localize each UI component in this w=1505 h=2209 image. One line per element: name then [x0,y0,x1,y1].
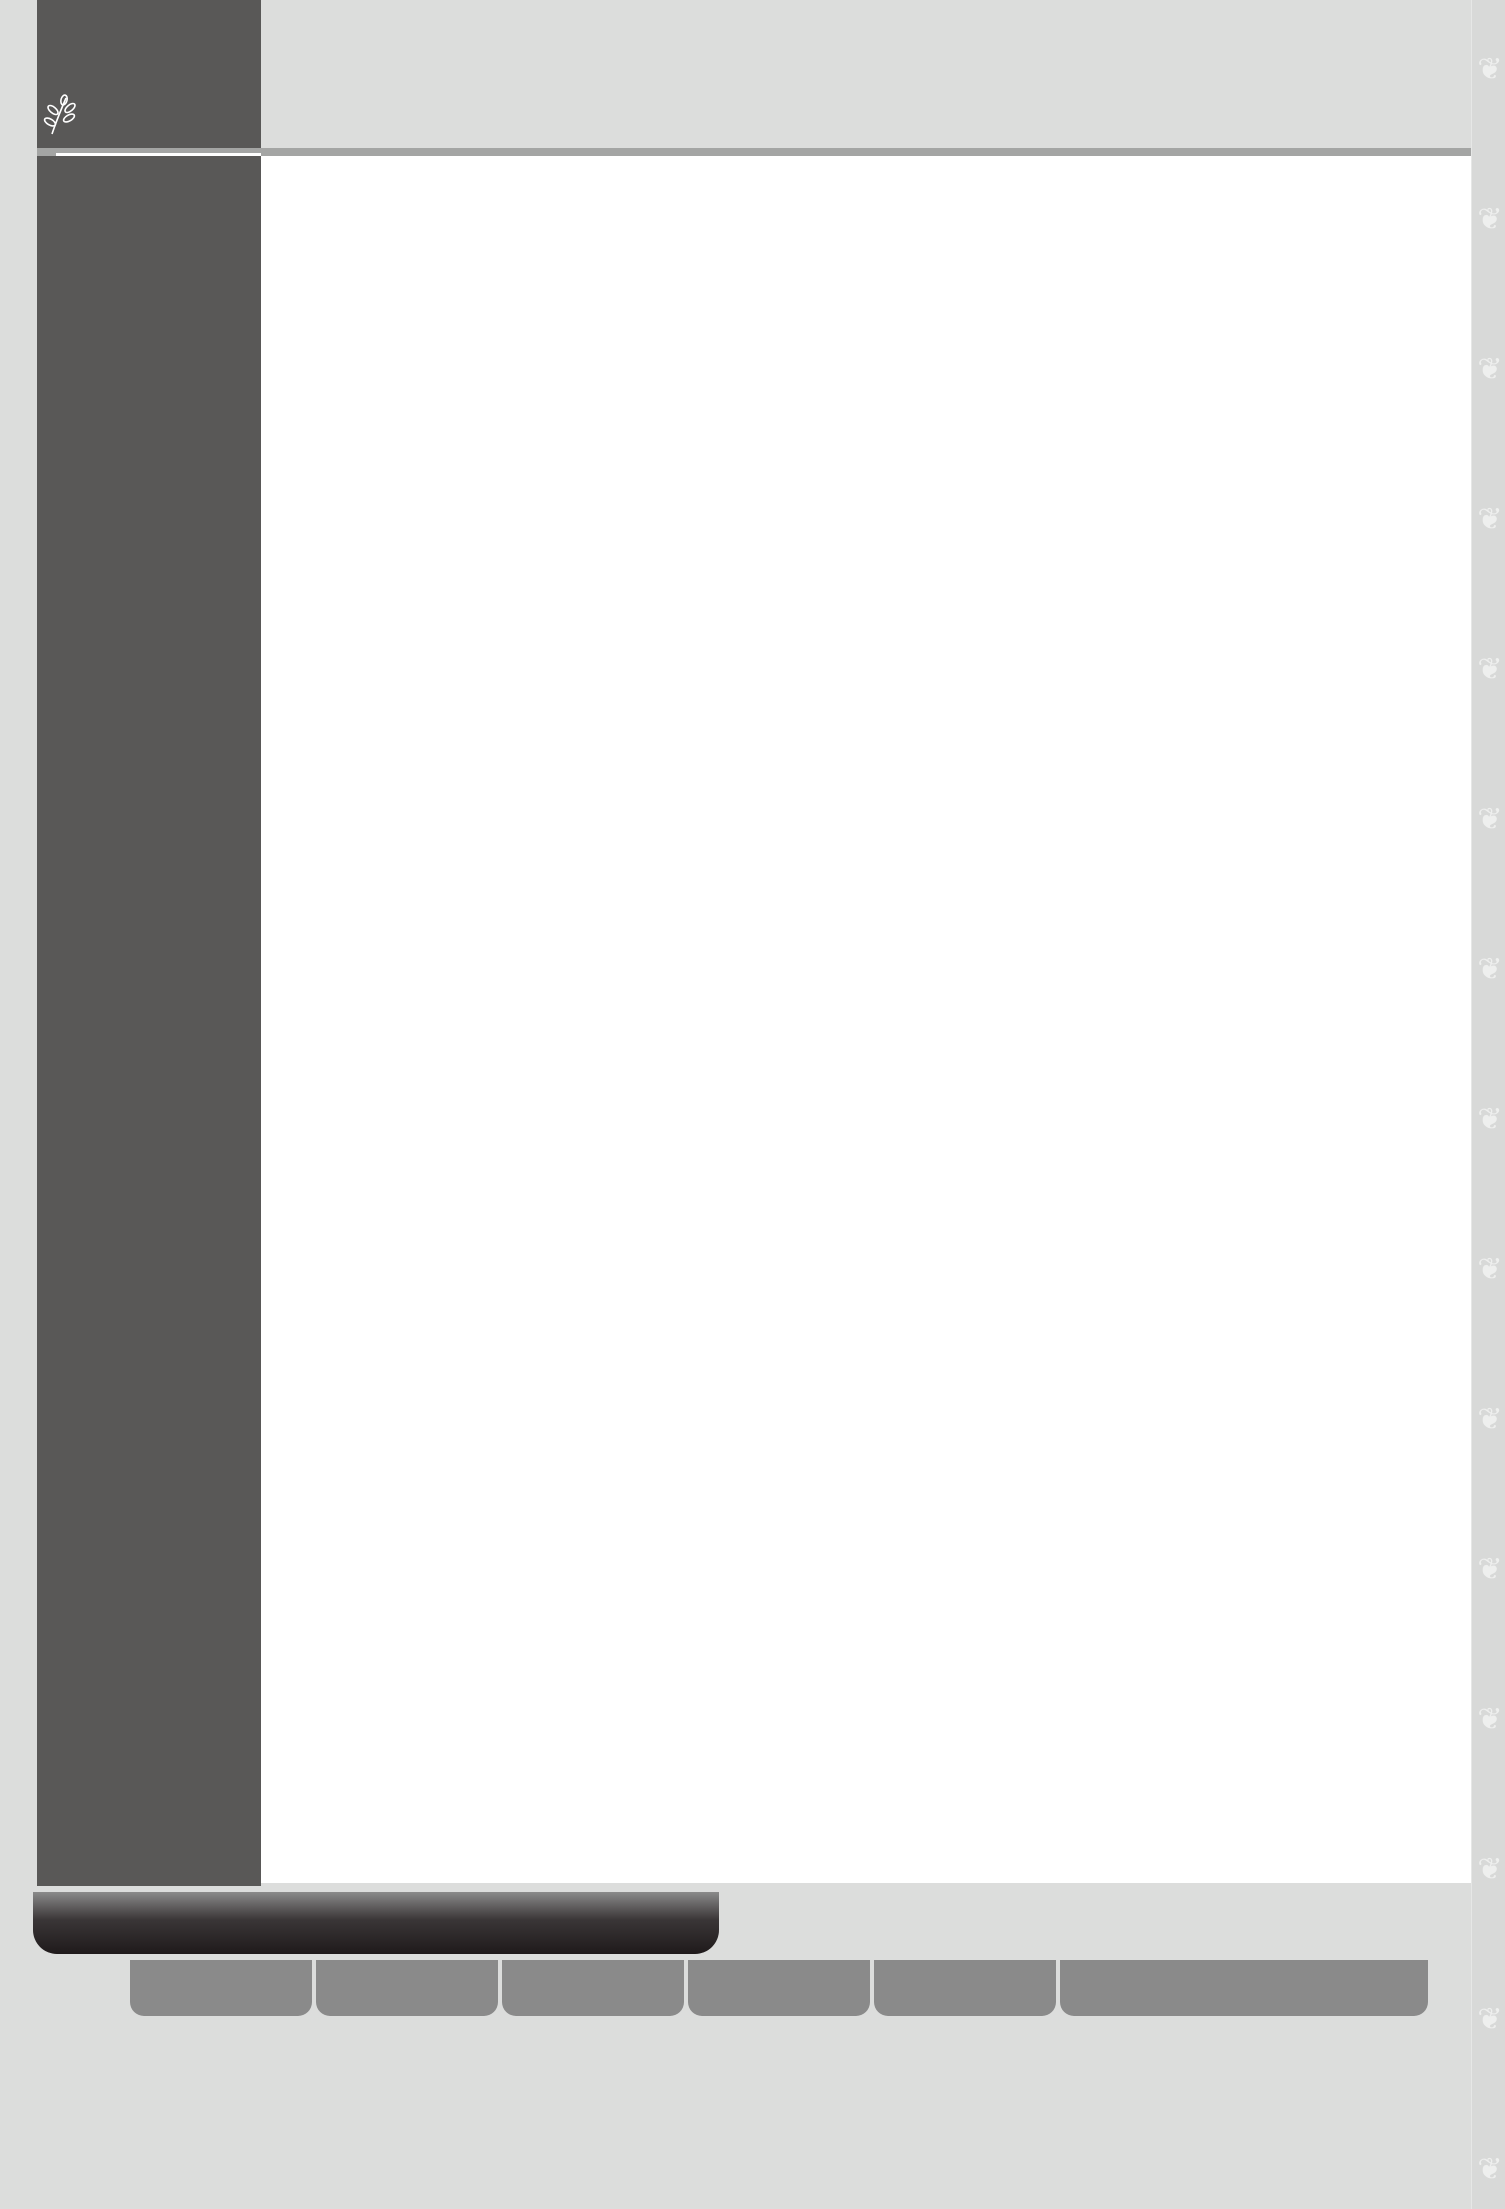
leaf-icon: ❦ [1476,1540,1504,1600]
leaf-icon: ❦ [1476,640,1504,700]
leaf-icon: ❦ [1476,1240,1504,1300]
list-item [0,294,1471,340]
leaf-icon: ❦ [1476,2140,1504,2200]
leaf-icon: ❦ [1476,190,1504,250]
leaf-icon: ❦ [1476,40,1504,100]
schedule-col-header [316,1960,498,2016]
leaf-icon: ❦ [1476,1690,1504,1750]
list-item [0,386,1471,432]
leaf-icon: ❦ [1476,940,1504,1000]
leaf-icon: ❦ [1476,1990,1504,2050]
list-item [0,432,1471,478]
list-item [0,202,1471,248]
page-title [42,88,82,148]
list-item [0,478,1471,524]
schedule-col-header [874,1960,1056,2016]
schedule-col-header [688,1960,870,2016]
leaf-icon: ❦ [1476,1390,1504,1450]
list-item [0,248,1471,294]
leaf-icon: ❦ [1476,340,1504,400]
decorative-leaf-strip: ❦ ❦ ❦ ❦ ❦ ❦ ❦ ❦ ❦ ❦ ❦ ❦ ❦ ❦ ❦ [1471,0,1505,2209]
section-label-birth [37,432,261,478]
schedule-col-header [502,1960,684,2016]
leaf-icon: ❦ [1476,490,1504,550]
section-label-hospital [37,478,261,524]
schedule-col-header [130,1960,312,2016]
leaf-icon: ❦ [1476,790,1504,850]
leaf-icon: ❦ [1476,1090,1504,1150]
leaf-icon: ❦ [1476,1840,1504,1900]
section-label-monthly [37,156,261,202]
schedule-title-banner [33,1892,719,1954]
list-item [0,340,1471,386]
section-label-wedding [37,248,261,294]
sprig-icon [42,92,78,136]
list-item [0,156,1471,202]
schedule-col-header [1060,1960,1428,2016]
